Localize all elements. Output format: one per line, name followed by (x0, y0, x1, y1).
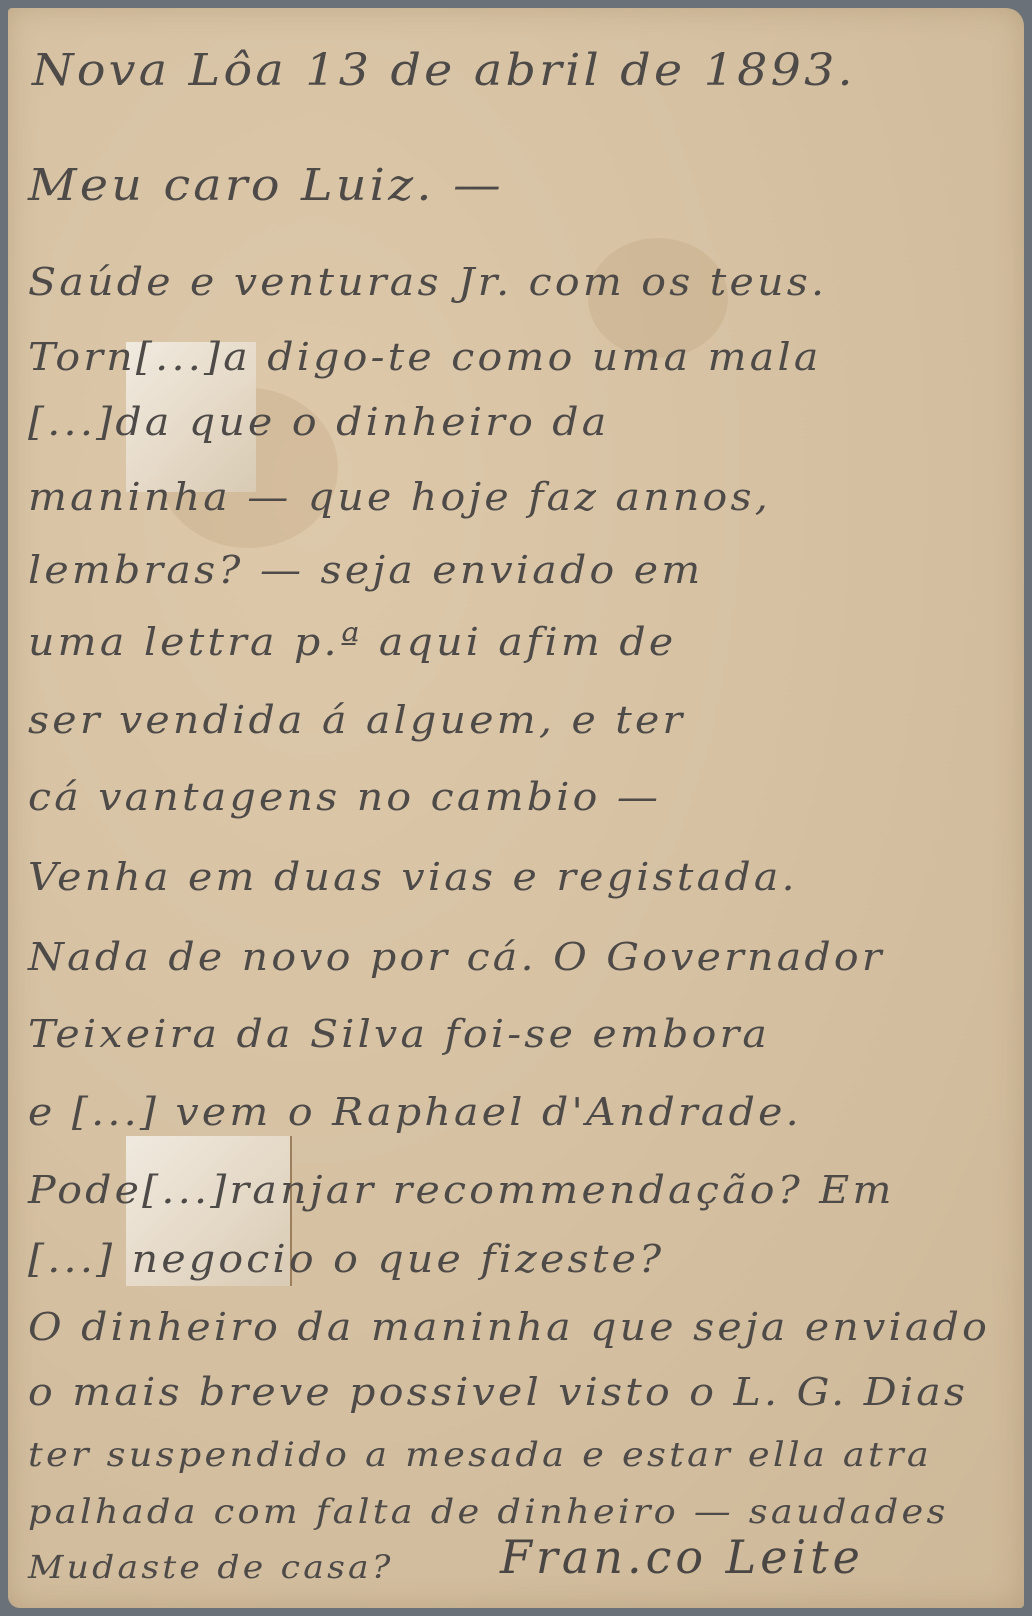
letter-line: ter suspendido a mesada e estar ella atr… (28, 1435, 932, 1475)
signature: Fran.co Leite (500, 1530, 864, 1584)
letter-line: Venha em duas vias e registada. (28, 855, 798, 899)
letter-line: cá vantagens no cambio — (28, 775, 661, 819)
letter-line: [...] negocio o que fizeste? (28, 1237, 664, 1281)
letter-line: uma lettra p.ª aqui afim de (28, 620, 676, 664)
letter-line: maninha — que hoje faz annos, (28, 475, 771, 519)
letter-line: Mudaste de casa? (28, 1548, 394, 1586)
letter-line: Nada de novo por cá. O Governador (28, 935, 885, 979)
letter-line: palhada com falta de dinheiro — saudades (28, 1492, 949, 1532)
letter-line: Teixeira da Silva foi-se embora (28, 1012, 770, 1056)
letter-line: ser vendida á alguem, e ter (28, 698, 685, 742)
letter-line: [...]da que o dinheiro da (28, 400, 610, 444)
letter-line: o mais breve possivel visto o L. G. Dias (28, 1370, 968, 1414)
letter-line: O dinheiro da maninha que seja enviado (28, 1305, 990, 1349)
letter-line: e [...] vem o Raphael d'Andrade. (28, 1090, 802, 1134)
letter-line: Pode[...]ranjar recommendação? Em (28, 1168, 895, 1212)
letter-line: Saúde e venturas Jr. com os teus. (28, 260, 827, 304)
salutation: Meu caro Luiz. — (28, 160, 504, 211)
letter-line: Torn[...]a digo-te como uma mala (28, 335, 822, 379)
letter-line: lembras? — seja enviado em (28, 548, 703, 592)
place-date: Nova Lôa 13 de abril de 1893. (32, 45, 856, 96)
